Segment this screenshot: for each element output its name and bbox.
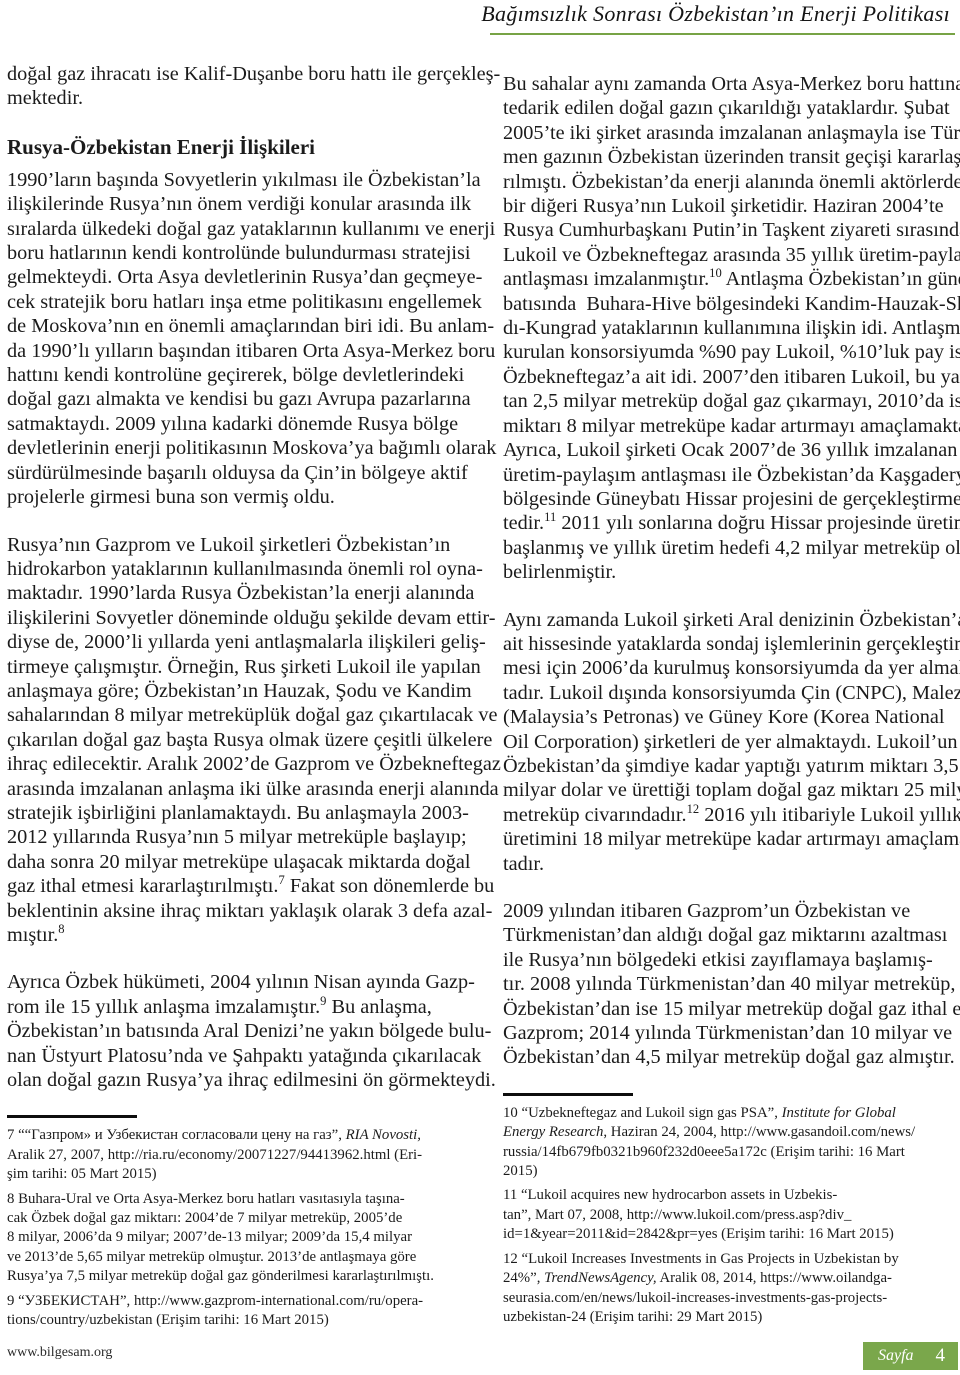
footnote-line: tions/country/uzbekistan (Erişim tarihi:…: [7, 1311, 466, 1330]
left-column: doğal gaz ihracatı ise Kalif-Duşanbe bor…: [7, 62, 466, 1336]
body-paragraph: Rusya’nın Gazprom ve Lukoil şirketleri Ö…: [7, 533, 466, 948]
footnote-line: Rusya’ya 7,5 milyar metreküp doğal gaz g…: [7, 1267, 466, 1286]
paragraph-line: gelmekteydi. Orta Asya devletlerinin Rus…: [7, 265, 466, 289]
footnote-line: id=1&year=2011&id=2842&pr=yes (Erişim ta…: [503, 1225, 958, 1244]
site-url: www.bilgesam.org: [7, 1345, 112, 1361]
paragraph-line: milyar dolar ve ürettiği toplam doğal ga…: [503, 778, 958, 802]
footnote-line: seurasia.com/en/news/lukoil-increases-in…: [503, 1289, 958, 1308]
paragraph-line: tan 2,5 milyar metreküp doğal gaz çıkarm…: [503, 389, 958, 413]
paragraph-line: boru hatlarının kendi kontrolünde bulund…: [7, 241, 466, 265]
paragraph-line: doğal gaz ihracatı ise Kalif-Duşanbe bor…: [7, 62, 466, 86]
paragraph-line: antlaşması imzalanmıştır.10 Antlaşma Özb…: [503, 267, 958, 291]
paragraph-line: tadır. Lukoil dışında konsorsiyumda Çin …: [503, 681, 958, 705]
paragraph-line: Türkmenistan’dan aldığı doğal gaz miktar…: [503, 923, 958, 947]
paragraph-line: Ayrıca, Lukoil şirketi Ocak 2007’de 36 y…: [503, 438, 958, 462]
body-paragraph: Ayrıca Özbek hükümeti, 2004 yılının Nisa…: [7, 970, 466, 1092]
paragraph-line: ilişkilerini Sovyetler döneminde olduğu …: [7, 606, 466, 630]
page-number-value: 4: [936, 1345, 946, 1367]
paragraph-line: Oil Corporation) şirketleri de yer almak…: [503, 730, 958, 754]
paragraph-line: ihraç edilecektir. Aralık 2002’de Gazpro…: [7, 752, 466, 776]
paragraph-line: ilişkilerinde Rusya’nın önem verdiği kon…: [7, 192, 466, 216]
paragraph-line: çıkarılan doğal gaz başta Rusya olmak üz…: [7, 728, 466, 752]
paragraph-line: Aynı zamanda Lukoil şirketi Aral denizin…: [503, 608, 958, 632]
page-number-label: Sayfa: [878, 1347, 914, 1365]
footnote-line: 12 “Lukoil Increases Investments in Gas …: [503, 1250, 958, 1269]
footnote-line: ve 2013’de 5,65 milyar metreküp olmuştur…: [7, 1248, 466, 1267]
body-paragraph: doğal gaz ihracatı ise Kalif-Duşanbe bor…: [7, 62, 466, 111]
footnote-line: 8 Buhara-Ural ve Orta Asya-Merkez boru h…: [7, 1190, 466, 1209]
paragraph-line: stratejik işbirliğini planlamaktaydı. Bu…: [7, 801, 466, 825]
paragraph-line: kurulan konsorsiyumda %90 pay Lukoil, %1…: [503, 340, 958, 364]
paragraph-line: men gazının Özbekistan üzerinden transit…: [503, 145, 958, 169]
paragraph-line: Rusya’nın Gazprom ve Lukoil şirketleri Ö…: [7, 533, 466, 557]
footnote: 7 ““Газпром» и Узбекистан согласовали це…: [7, 1126, 466, 1184]
footnote-line: uzbekistan-24 (Erişim tarihi: 29 Mart 20…: [503, 1308, 958, 1327]
footnote-line: cak Özbek doğal gaz miktarı: 2004’de 7 m…: [7, 1209, 466, 1228]
right-column-body: Bu sahalar aynı zamanda Orta Asya-Merkez…: [503, 72, 958, 1070]
footnote: 10 “Uzbekneftegaz and Lukoil sign gas PS…: [503, 1104, 958, 1182]
page-number-badge: Sayfa 4: [863, 1342, 958, 1370]
paragraph-line: diyse de, 2000’li yıllarda yeni antlaşma…: [7, 630, 466, 654]
section-heading: Rusya-Özbekistan Enerji İlişkileri: [7, 134, 466, 160]
paragraph-line: de Moskova’nın en önemli amaçlarından bi…: [7, 314, 466, 338]
paragraph-line: tirmeye çalışmıştır. Örneğin, Rus şirket…: [7, 655, 466, 679]
paragraph-line: daha sonra 20 milyar metreküpe ulaşacak …: [7, 850, 466, 874]
page-title: Bağımsızlık Sonrası Özbekistan’ın Enerji…: [481, 1, 950, 27]
paragraph-line: mektedir.: [7, 86, 466, 110]
paragraph-line: belirlenmiştir.: [503, 560, 958, 584]
paragraph-line: Özbekistan’da şimdiye kadar yaptığı yatı…: [503, 754, 958, 778]
paragraph-line: hattını kendi kontrolüne geçirerek, bölg…: [7, 363, 466, 387]
footnote-line: 9 “УЗБЕКИСТАН”, http://www.gazprom-inter…: [7, 1292, 466, 1311]
footnote: 8 Buhara-Ural ve Orta Asya-Merkez boru h…: [7, 1190, 466, 1287]
paragraph-line: mıştır.8: [7, 923, 466, 947]
paragraph-line: üretim-paylaşım antlaşması ile Özbekista…: [503, 463, 958, 487]
paragraph-line: bir diğeri Rusya’nın Lukoil şirketidir. …: [503, 194, 958, 218]
paragraph-line: Özbekistan’dan 4,5 milyar metreküp doğal…: [503, 1045, 958, 1069]
footnote-separator: [503, 1093, 633, 1096]
footnote-line: 10 “Uzbekneftegaz and Lukoil sign gas PS…: [503, 1104, 958, 1123]
paragraph-line: Özbekistan’ın batısında Aral Denizi’ne y…: [7, 1019, 466, 1043]
paragraph-line: 2005’te iki şirket arasında imzalanan an…: [503, 121, 958, 145]
paragraph-line: mesi için 2006’da kurulmuş konsorsiyumda…: [503, 656, 958, 680]
body-paragraph: Bu sahalar aynı zamanda Orta Asya-Merkez…: [503, 72, 958, 585]
paragraph-line: bölgesinde Güneybatı Hissar projesini de…: [503, 487, 958, 511]
paragraph-line: (Malaysia’s Petronas) ve Güney Kore (Kor…: [503, 705, 958, 729]
footnote-line: 8 milyar, 2006’da 9 milyar; 2007’de-13 m…: [7, 1228, 466, 1247]
footnote-line: tan”, Mart 07, 2008, http://www.lukoil.c…: [503, 1206, 958, 1225]
paragraph-line: tedarik edilen doğal gazın çıkarıldığı y…: [503, 96, 958, 120]
paragraph-line: satmaktaydı. 2009 yılına kadarki dönemde…: [7, 412, 466, 436]
paragraph-line: arasında imzalanan anlaşma iki ülke aras…: [7, 777, 466, 801]
footnote: 11 “Lukoil acquires new hydrocarbon asse…: [503, 1186, 958, 1244]
paragraph-line: Özbekistan’dan ise 15 milyar metreküp do…: [503, 997, 958, 1021]
footnote-line: 7 ““Газпром» и Узбекистан согласовали це…: [7, 1126, 466, 1145]
footnote: 12 “Lukoil Increases Investments in Gas …: [503, 1250, 958, 1328]
footnote-line: Aralik 27, 2007, http://ria.ru/economy/2…: [7, 1146, 466, 1165]
footnote-line: 11 “Lukoil acquires new hydrocarbon asse…: [503, 1186, 958, 1205]
right-column-footnotes: 10 “Uzbekneftegaz and Lukoil sign gas PS…: [503, 1104, 958, 1327]
paragraph-line: üretimini 18 milyar metreküpe kadar artı…: [503, 827, 958, 851]
paragraph-line: Bu sahalar aynı zamanda Orta Asya-Merkez…: [503, 72, 958, 96]
footnote-line: russia/14fb679fb0321b960f232d0eee5a172c …: [503, 1143, 958, 1162]
title-divider: [490, 33, 955, 35]
paragraph-line: ait hissesinde yataklarda sondaj işlemle…: [503, 632, 958, 656]
paragraph-line: başlanmış ve yıllık üretim hedefi 4,2 mi…: [503, 536, 958, 560]
left-column-body: doğal gaz ihracatı ise Kalif-Duşanbe bor…: [7, 62, 466, 1092]
paragraph-line: Gazprom; 2014 yılında Türkmenistan’dan 1…: [503, 1021, 958, 1045]
footnote-separator: [7, 1115, 137, 1118]
paragraph-line: metreküp civarındadır.12 2016 yılı itiba…: [503, 803, 958, 827]
paragraph-line: dı-Kungrad yataklarının kullanımına iliş…: [503, 316, 958, 340]
paragraph-line: olan doğal gazın Rusya’ya ihraç edilmesi…: [7, 1068, 466, 1092]
footnote-line: şim tarihi: 05 Mart 2015): [7, 1165, 466, 1184]
paragraph-line: sürdürülmesinde başarılı olduysa da Çin’…: [7, 461, 466, 485]
left-column-footnotes: 7 ““Газпром» и Узбекистан согласовали це…: [7, 1126, 466, 1330]
paragraph-line: 2009 yılından itibaren Gazprom’un Özbeki…: [503, 899, 958, 923]
right-column: Bu sahalar aynı zamanda Orta Asya-Merkez…: [503, 72, 958, 1332]
paragraph-line: hidrokarbon yataklarının kullanılmasında…: [7, 557, 466, 581]
paragraph-line: rom ile 15 yıllık anlaşma imzalamıştır.9…: [7, 995, 466, 1019]
paragraph-line: tır. 2008 yılında Türkmenistan’dan 40 mi…: [503, 972, 958, 996]
footnote-line: 24%”, TrendNewsAgency, Aralik 08, 2014, …: [503, 1269, 958, 1288]
body-paragraph: 1990’ların başında Sovyetlerin yıkılması…: [7, 168, 466, 510]
paragraph-line: sahalarından 8 milyar metreküplük doğal …: [7, 703, 466, 727]
document-page: Bağımsızlık Sonrası Özbekistan’ın Enerji…: [0, 0, 960, 1375]
footnote-line: Energy Research, Haziran 24, 2004, http:…: [503, 1123, 958, 1142]
paragraph-line: tedir.11 2011 yılı sonlarına doğru Hissa…: [503, 511, 958, 535]
paragraph-line: devletlerinin enerji politikasının Mosko…: [7, 436, 466, 460]
paragraph-line: cek stratejik boru hatları inşa etme pol…: [7, 290, 466, 314]
paragraph-line: gaz ithal etmesi kararlaştırılmıştı.7 Fa…: [7, 874, 466, 898]
paragraph-line: Ayrıca Özbek hükümeti, 2004 yılının Nisa…: [7, 970, 466, 994]
footnote: 9 “УЗБЕКИСТАН”, http://www.gazprom-inter…: [7, 1292, 466, 1331]
paragraph-line: rılmıştı. Özbekistan’da enerji alanında …: [503, 170, 958, 194]
paragraph-line: doğal gazı almakta ve kendisi bu gazı Av…: [7, 387, 466, 411]
paragraph-line: miktarı 8 milyar metreküpe kadar artırma…: [503, 414, 958, 438]
paragraph-line: anlaşmaya göre; Özbekistan’ın Hauzak, Şo…: [7, 679, 466, 703]
paragraph-line: nan Üstyurt Platosu’nda ve Şahpaktı yata…: [7, 1044, 466, 1068]
paragraph-line: Özbekneftegaz’a ait idi. 2007’den itibar…: [503, 365, 958, 389]
body-paragraph: 2009 yılından itibaren Gazprom’un Özbeki…: [503, 899, 958, 1070]
paragraph-line: tadır.: [503, 852, 958, 876]
footnote-line: 2015): [503, 1162, 958, 1181]
paragraph-line: da 1990’lı yılların başından itibaren Or…: [7, 339, 466, 363]
paragraph-line: sıralarda ülkedeki doğal gaz yataklarını…: [7, 217, 466, 241]
paragraph-line: 1990’ların başında Sovyetlerin yıkılması…: [7, 168, 466, 192]
paragraph-line: ile Rusya’nın bölgedeki etkisi zayıflama…: [503, 948, 958, 972]
paragraph-line: Rusya Cumhurbaşkanı Putin’in Taşkent ziy…: [503, 218, 958, 242]
paragraph-line: 2012 yıllarında Rusya’nın 5 milyar metre…: [7, 825, 466, 849]
paragraph-line: batısında Buhara-Hive bölgesindeki Kandi…: [503, 292, 958, 316]
paragraph-line: Lukoil ve Özbekneftegaz arasında 35 yıll…: [503, 243, 958, 267]
body-paragraph: Aynı zamanda Lukoil şirketi Aral denizin…: [503, 608, 958, 876]
paragraph-line: beklentinin aksine ihraç miktarı yaklaşı…: [7, 899, 466, 923]
paragraph-line: projelerle girmesi buna son vermiş oldu.: [7, 485, 466, 509]
paragraph-line: maktadır. 1990’larda Rusya Özbekistan’la…: [7, 581, 466, 605]
